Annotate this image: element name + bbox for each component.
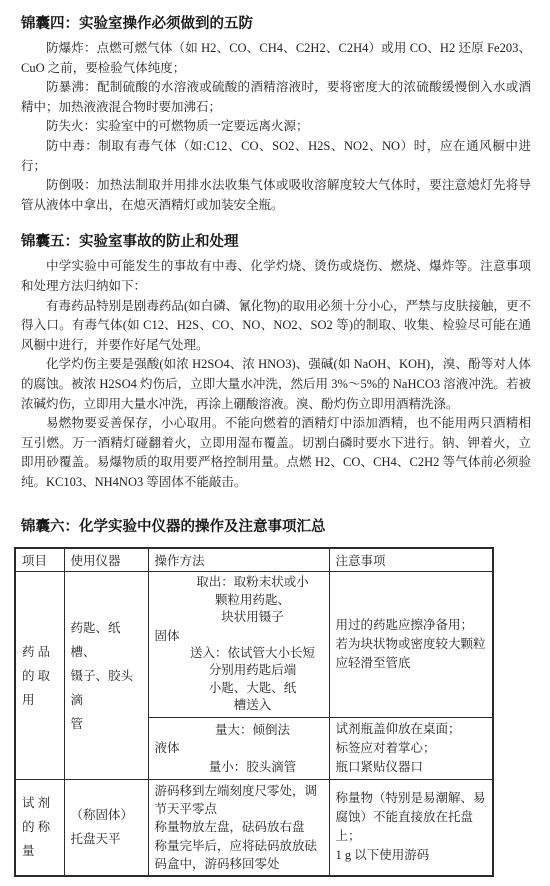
paragraph: 易燃物要妥善保存，小心取用。不能向燃着的酒精灯中添加酒精，也不能用两只酒精相互引… (21, 414, 531, 492)
paragraph: 中学实验中可能发生的事故有中毒、化学灼烧、烫伤或烧伤、燃烧、爆炸等。注意事项和处… (21, 257, 531, 296)
method-solid-out: 取出：取粉末状或小 颗粒用药匙、 块状用镊子 (183, 574, 323, 627)
header-cell-instrument: 使用仪器 (64, 548, 148, 572)
header-cell-method: 操作方法 (148, 548, 329, 572)
paragraph: 防爆炸：点燃可燃气体（如 H2、CO、CH4、C2H2、C2H4）或用 CO、H… (21, 39, 531, 78)
cell-note-solid: 用过的药匙应擦净备用； 若为块状物或密度较大颗粒应轻滑至管底 (329, 572, 493, 718)
method-liquid-label: 液体 (155, 739, 323, 758)
cell-item-taking: 药 品 的 取 用 (15, 572, 64, 780)
instruments-table: 项目 使用仪器 操作方法 注意事项 药 品 的 取 用 药匙、纸槽、 镊子、胶头… (14, 547, 494, 877)
paragraph: 防倒吸：加热法制取并用排水法收集气体或吸收溶解度较大气体时，要注意熄灯先将导管从… (21, 176, 531, 215)
cell-method-weighing: 游码移到左端刻度尺零处，调节天平零点 称量物放左盘，砝码放右盘 称量完毕后，应将… (148, 779, 329, 876)
cell-instrument-weighing: （称固体） 托盘天平 (64, 779, 148, 876)
cell-instrument-taking: 药匙、纸槽、 镊子、胶头滴 管 (64, 572, 148, 780)
table-row-reagent-weighing: 试 剂 的 称 量 （称固体） 托盘天平 游码移到左端刻度尺零处，调节天平零点 … (15, 779, 493, 876)
paragraph: 有毒药品特别是剧毒药品(如白磷、氰化物)的取用必须十分小心，严禁与皮肤接触，更不… (21, 297, 531, 356)
method-liquid-large: 量大：倾倒法 (183, 721, 323, 740)
cell-note-liquid: 试剂瓶盖仰放在桌面； 标签应对着掌心； 瓶口紧贴仪器口 (329, 717, 493, 779)
section-heading: 锦囊六：化学实验中仪器的操作及注意事项汇总 (21, 517, 531, 538)
paragraph: 防暴沸：配制硫酸的水溶液或硫酸的酒精溶液时，要将密度大的浓硫酸缓慢倒入水或酒精中… (21, 78, 531, 117)
table-row-reagent-taking-solid: 药 品 的 取 用 药匙、纸槽、 镊子、胶头滴 管 取出：取粉末状或小 颗粒用药… (15, 572, 493, 718)
paragraph: 防失火：实验室中的可燃物质一定要远离火源； (21, 117, 531, 137)
paragraph: 化学灼伤主要是强酸(如浓 H2SO4、浓 HNO3)、强碱(如 NaOH、KOH… (21, 355, 531, 414)
method-solid-in: 送入：依试管大小长短 分别用药匙后端 小匙、大匙、纸 槽送入 (183, 645, 323, 715)
header-cell-notes: 注意事项 (329, 548, 493, 572)
section-heading: 锦囊四：实验室操作必须做到的五防 (21, 14, 531, 35)
section-tips-5: 锦囊五：实验室事故的防止和处理 中学实验中可能发生的事故有中毒、化学灼烧、烫伤或… (21, 232, 531, 492)
section-tips-6: 锦囊六：化学实验中仪器的操作及注意事项汇总 项目 使用仪器 操作方法 注意事项 … (21, 517, 531, 877)
cell-method-liquid: 量大：倾倒法 液体 量小：胶头滴管 (148, 717, 329, 779)
table-header-row: 项目 使用仪器 操作方法 注意事项 (15, 548, 493, 572)
section-tips-4: 锦囊四：实验室操作必须做到的五防 防爆炸：点燃可燃气体（如 H2、CO、CH4、… (21, 14, 531, 215)
section-heading: 锦囊五：实验室事故的防止和处理 (21, 232, 531, 253)
header-cell-item: 项目 (15, 548, 64, 572)
cell-item-weighing: 试 剂 的 称 量 (15, 779, 64, 876)
cell-note-weighing: 称量物（特别是易潮解、易腐蚀）不能直接放在托盘上； 1 g 以下使用游码 (329, 779, 493, 876)
paragraph: 防中毒：制取有毒气体（如:C12、CO、SO2、H2S、NO2、NO）时，应在通… (21, 137, 531, 176)
method-liquid-small: 量小：胶头滴管 (183, 758, 323, 777)
method-solid-label: 固体 (155, 627, 323, 645)
document-page: 锦囊四：实验室操作必须做到的五防 防爆炸：点燃可燃气体（如 H2、CO、CH4、… (0, 0, 550, 886)
cell-method-solid: 取出：取粉末状或小 颗粒用药匙、 块状用镊子 固体 送入：依试管大小长短 分别用… (148, 572, 329, 718)
